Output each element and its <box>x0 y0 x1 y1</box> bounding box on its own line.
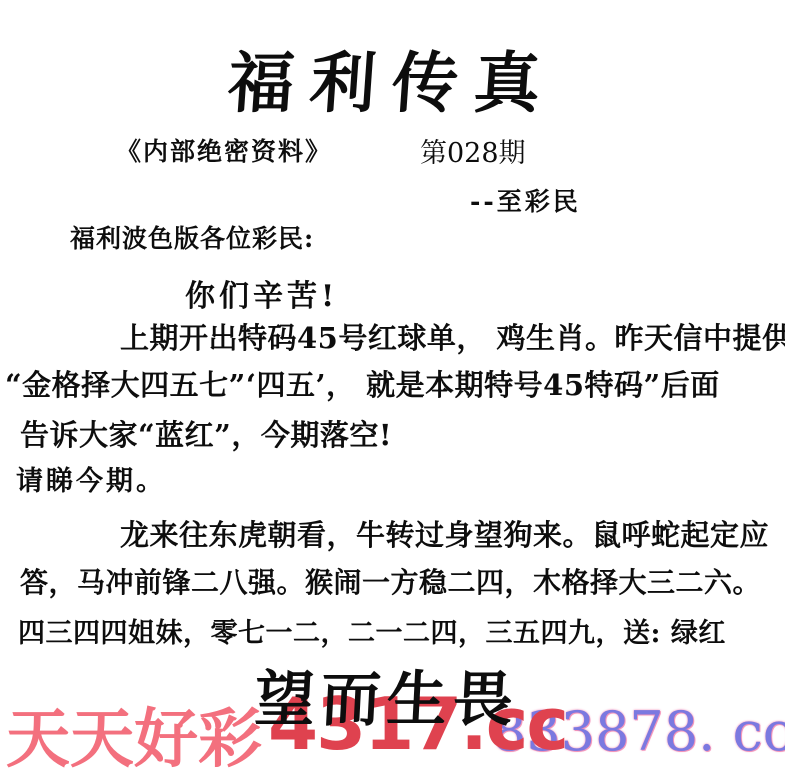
paragraph-line-2: “金格择大四五七”‘四五’， 就是本期特号45特码”后面 <box>5 363 720 404</box>
fax-document-page: 福利传真 《内部绝密资料》 第028期 --至彩民 福利波色版各位彩民: 你们辛… <box>0 0 785 772</box>
poem-line-3: 四三四四姐妹，零七一二，二一二四，三五四九，送: 绿红 <box>18 611 726 650</box>
salutation-line: 福利波色版各位彩民: <box>70 219 314 255</box>
dedication-line: --至彩民 <box>470 182 581 218</box>
footer-phrase: 望而生畏 <box>253 652 522 738</box>
poem-line-2: 答，马冲前锋二八强。猴闹一方稳二四，木格择大三二六。 <box>20 561 761 601</box>
issue-number: 第028期 <box>420 131 526 170</box>
watermark-tiantianhaocai: 天天好彩 <box>6 688 262 772</box>
poem-line-1: 龙来往东虎朝看，牛转过身望狗来。鼠呼蛇起定应 <box>120 513 769 554</box>
paragraph-line-4: 请睇今期。 <box>16 459 166 498</box>
paragraph-line-1: 上期开出特码45号红球单， 鸡生肖。昨天信中提供 <box>120 316 785 357</box>
paragraph-line-3: 告诉大家“蓝红”，今期落空! <box>20 413 392 454</box>
greeting-line: 你们辛苦! <box>185 271 338 315</box>
classified-label: 《内部绝密资料》 <box>116 132 332 168</box>
page-title: 福利传真 <box>0 30 785 125</box>
